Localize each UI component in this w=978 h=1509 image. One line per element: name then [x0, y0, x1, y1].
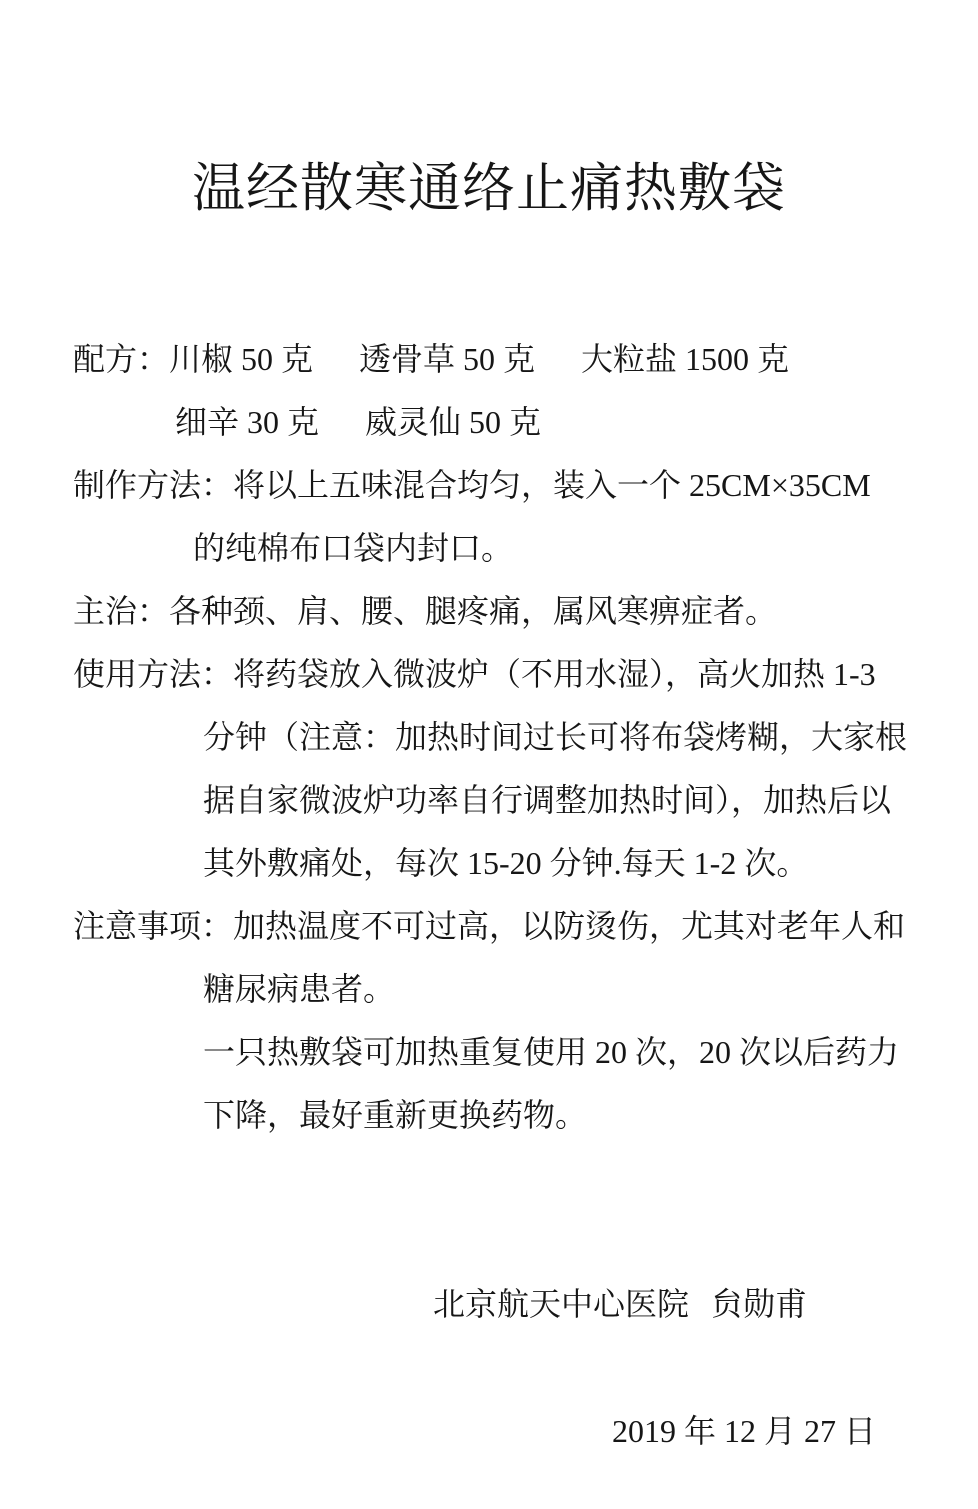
- recipe-item-tougucao: 透骨草 50 克: [359, 341, 535, 377]
- document-page: 温经散寒通络止痛热敷袋 配方：川椒 50 克透骨草 50 克大粒盐 1500 克…: [0, 0, 978, 1509]
- usage-text-3: 据自家微波炉功率自行调整加热时间），加热后以: [203, 782, 891, 818]
- usage-line-3: 据自家微波炉功率自行调整加热时间），加热后以: [0, 769, 978, 832]
- precautions-line-1: 注意事项：加热温度不可过高，以防烫伤，尤其对老年人和: [0, 895, 978, 958]
- signature-author: 贠勋甫: [711, 1286, 807, 1322]
- usage-line-1: 使用方法：将药袋放入微波炉（不用水湿），高火加热 1-3: [0, 643, 978, 706]
- precautions-label: 注意事项：: [73, 908, 233, 944]
- precautions-line-3: 一只热敷袋可加热重复使用 20 次，20 次以后药力: [0, 1021, 978, 1084]
- precautions-line-2: 糖尿病患者。: [0, 958, 978, 1021]
- usage-text-4: 其外敷痛处，每次 15-20 分钟.每天 1-2 次。: [203, 845, 808, 881]
- signature-line: 北京航天中心医院贠勋甫: [0, 1273, 978, 1336]
- usage-text-1: 将药袋放入微波炉（不用水湿），高火加热 1-3: [233, 656, 876, 692]
- usage-text-2: 分钟（注意：加热时间过长可将布袋烤糊，大家根: [203, 719, 907, 755]
- recipe-item-xixin: 细辛 30 克: [175, 404, 319, 440]
- indications-line: 主治：各种颈、肩、腰、腿疼痛，属风寒痹症者。: [0, 580, 978, 643]
- preparation-line-2: 的纯棉布口袋内封口。: [0, 517, 978, 580]
- precautions-text-1: 加热温度不可过高，以防烫伤，尤其对老年人和: [233, 908, 905, 944]
- preparation-text-2: 的纯棉布口袋内封口。: [193, 530, 513, 566]
- recipe-item-weilingxian: 威灵仙 50 克: [365, 404, 541, 440]
- precautions-text-4: 下降，最好重新更换药物。: [203, 1097, 587, 1133]
- recipe-row-2: 细辛 30 克威灵仙 50 克: [0, 391, 978, 454]
- indications-label: 主治：: [73, 593, 169, 629]
- indications-text: 各种颈、肩、腰、腿疼痛，属风寒痹症者。: [169, 593, 777, 629]
- usage-label: 使用方法：: [73, 656, 233, 692]
- recipe-item-dali-salt: 大粒盐 1500 克: [581, 341, 789, 377]
- usage-line-4: 其外敷痛处，每次 15-20 分钟.每天 1-2 次。: [0, 832, 978, 895]
- precautions-text-3: 一只热敷袋可加热重复使用 20 次，20 次以后药力: [203, 1034, 899, 1070]
- page-title: 温经散寒通络止痛热敷袋: [0, 0, 978, 222]
- preparation-line-1: 制作方法：将以上五味混合均匀，装入一个 25CM×35CM: [0, 454, 978, 517]
- usage-line-2: 分钟（注意：加热时间过长可将布袋烤糊，大家根: [0, 706, 978, 769]
- preparation-text-1: 将以上五味混合均匀，装入一个 25CM×35CM: [233, 467, 871, 503]
- date-line: 2019 年 12 月 27 日: [0, 1400, 978, 1463]
- precautions-line-4: 下降，最好重新更换药物。: [0, 1084, 978, 1147]
- precautions-text-2: 糖尿病患者。: [203, 971, 395, 1007]
- recipe-row-1: 配方：川椒 50 克透骨草 50 克大粒盐 1500 克: [0, 328, 978, 391]
- recipe-label: 配方：: [73, 341, 169, 377]
- recipe-item-chuanjiao: 川椒 50 克: [169, 341, 313, 377]
- preparation-label: 制作方法：: [73, 467, 233, 503]
- document-body: 配方：川椒 50 克透骨草 50 克大粒盐 1500 克 细辛 30 克威灵仙 …: [0, 328, 978, 1147]
- signature-organization: 北京航天中心医院: [433, 1286, 689, 1322]
